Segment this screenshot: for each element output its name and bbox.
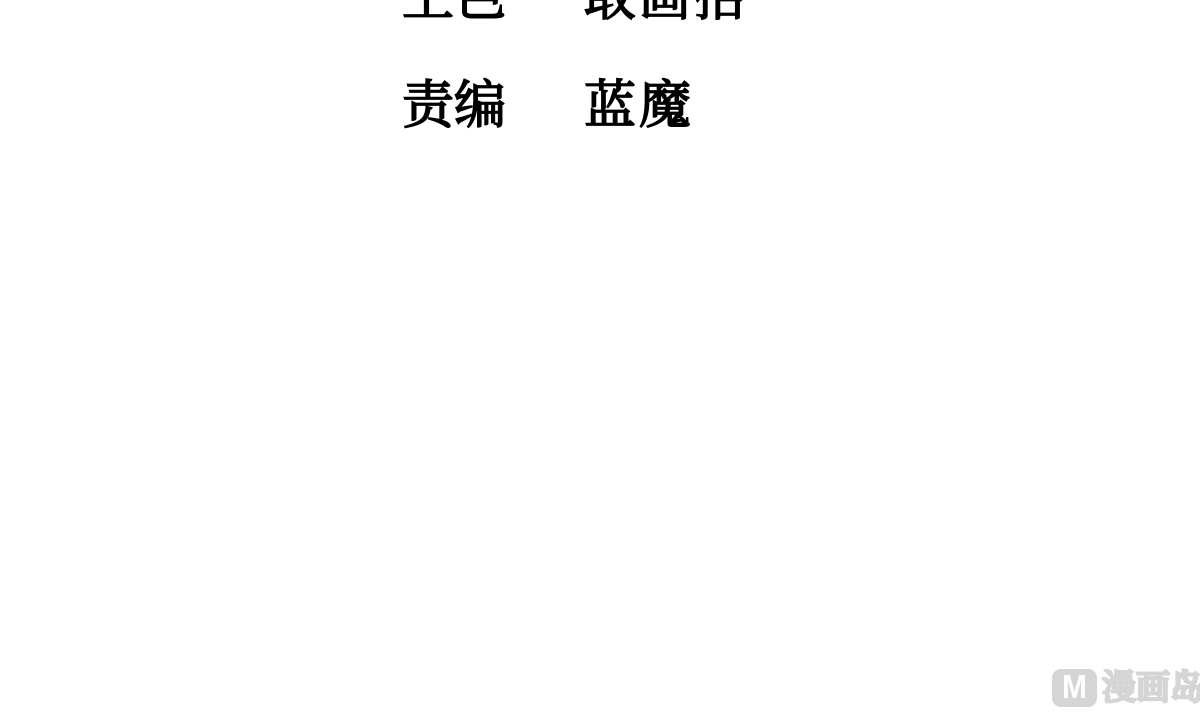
- manhuadao-watermark: M 漫画岛: [1052, 669, 1200, 707]
- manhuadao-brand-text: 漫画岛: [1102, 669, 1200, 707]
- credit-label-editor: 责编: [402, 80, 506, 132]
- credit-label-colorist: 上色: [402, 0, 506, 24]
- credit-value-colorist: 敢画拾: [584, 0, 749, 24]
- manhuadao-logo-letter: M: [1062, 671, 1087, 705]
- credit-value-editor: 蓝魔: [584, 80, 694, 132]
- comic-page: 上色 敢画拾 责编 蓝魔 M 漫画岛: [0, 0, 1200, 712]
- manhuadao-logo-icon: M: [1052, 669, 1097, 707]
